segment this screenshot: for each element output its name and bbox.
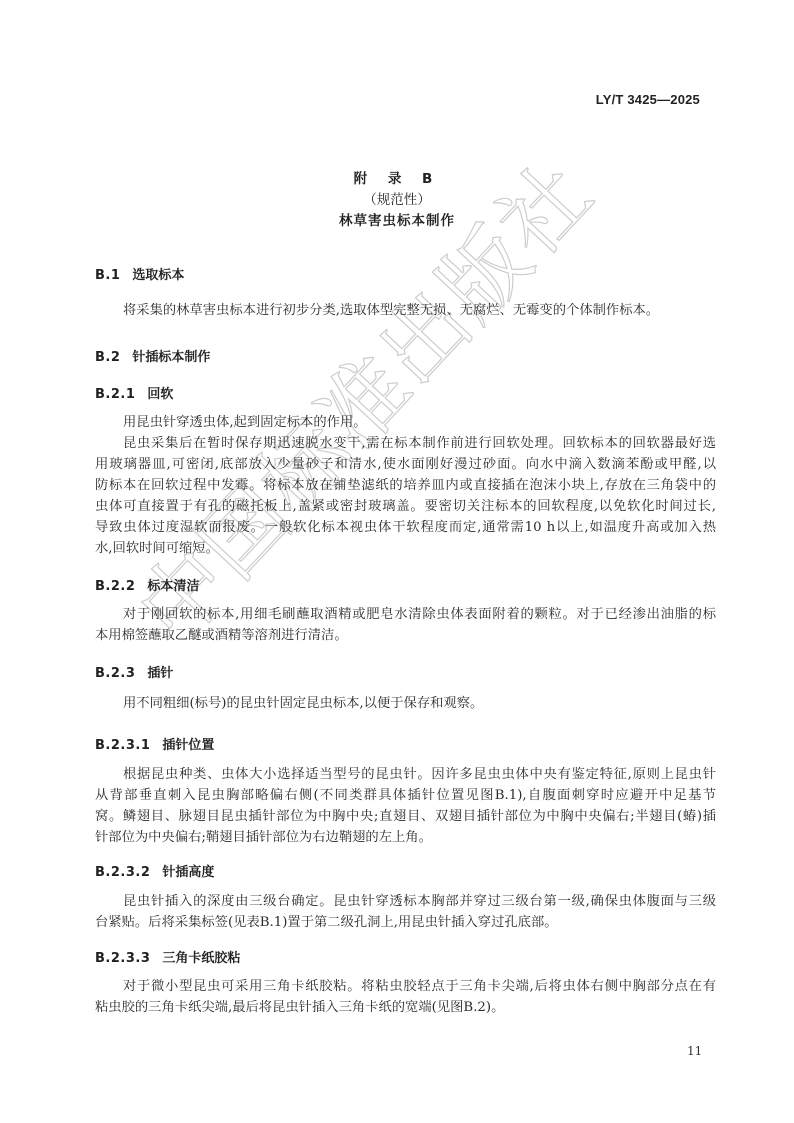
paragraph-line: 用昆虫针穿透虫体,起到固定标本的作用。: [123, 412, 716, 433]
heading-number: B.2.3.3: [95, 951, 150, 966]
paragraph-line: 用不同粗细(标号)的昆虫针固定昆虫标本,以便于保存和观察。: [123, 693, 716, 714]
paragraph-line: 根据昆虫种类、虫体大小选择适当型号的昆虫针。因许多昆虫虫体中央有鉴定特征,原则上…: [123, 764, 716, 785]
heading-title: 选取标本: [132, 268, 184, 283]
paragraph-line: 对于刚回软的标本,用细毛刷蘸取酒精或肥皂水清除虫体表面附着的颗粒。对于已经渗出油…: [123, 604, 716, 625]
paragraph-line: 针部位为中央偏右;鞘翅目插针部位为右边鞘翅的左上角。: [95, 827, 716, 848]
appendix-type: （规范性）: [0, 188, 794, 208]
heading-title: 针插高度: [162, 865, 214, 880]
document-page: 中国标准出版社 LY/T 3425—2025 附 录 B （规范性） 林草害虫标…: [0, 0, 794, 1123]
heading-title: 三角卡纸胶粘: [162, 951, 240, 966]
paragraph-line: 导致虫体过度湿软而报废。一般软化标本视虫体干软程度而定,通常需10 h以上,如温…: [95, 517, 716, 538]
page-number: 11: [687, 1044, 702, 1058]
heading-b23: B.2.3插针: [95, 662, 173, 681]
heading-b231: B.2.3.1插针位置: [95, 734, 214, 753]
paragraph-line: 昆虫针插入的深度由三级台确定。昆虫针穿透标本胸部并穿过三级台第一级,确保虫体腹面…: [123, 891, 716, 912]
heading-number: B.2.2: [95, 579, 135, 594]
heading-number: B.1: [95, 268, 120, 283]
heading-number: B.2.3: [95, 666, 135, 681]
heading-number: B.2: [95, 350, 120, 365]
paragraph-line: 防标本在回软过程中发霉。将标本放在铺垫滤纸的培养皿内或直接插在泡沫小块上,存放在…: [95, 475, 716, 496]
paragraph-line: 用玻璃器皿,可密闭,底部放入少量砂子和清水,使水面刚好漫过砂面。向水中滴入数滴苯…: [95, 454, 716, 475]
standard-code: LY/T 3425—2025: [596, 92, 700, 107]
paragraph-line: 本用棉签蘸取乙醚或酒精等溶剂进行清洁。: [95, 625, 716, 646]
paragraph-line: 水,回软时间可缩短。: [95, 538, 716, 559]
heading-b1: B.1选取标本: [95, 264, 184, 283]
heading-title: 回软: [147, 387, 173, 402]
appendix-name: 林草害虫标本制作: [0, 209, 794, 229]
paragraph-line: 对于微小型昆虫可采用三角卡纸胶粘。将粘虫胶轻点于三角卡尖端,后将虫体右侧中胸部分…: [123, 976, 716, 997]
paragraph-line: 昆虫采集后在暂时保存期迅速脱水变干,需在标本制作前进行回软处理。回软标本的回软器…: [123, 433, 716, 454]
paragraph-line: 窝。鳞翅目、脉翅目昆虫插针部位为中胸中央;直翅目、双翅目插针部位为中胸中央偏右;…: [95, 806, 716, 827]
heading-b232: B.2.3.2针插高度: [95, 861, 214, 880]
heading-title: 插针: [147, 666, 173, 681]
paragraph-line: 粘虫胶的三角卡纸尖端,最后将昆虫针插入三角卡纸的宽端(见图B.2)。: [95, 997, 716, 1018]
appendix-title: 附 录 B: [0, 167, 794, 187]
heading-title: 针插标本制作: [132, 350, 210, 365]
paragraph-line: 虫体可直接置于有孔的磁托板上,盖紧或密封玻璃盖。要密切关注标本的回软程度,以免软…: [95, 496, 716, 517]
heading-title: 插针位置: [162, 738, 214, 753]
heading-b21: B.2.1回软: [95, 383, 173, 402]
paragraph-line: 将采集的林草害虫标本进行初步分类,选取体型完整无损、无腐烂、无霉变的个体制作标本…: [123, 300, 716, 321]
heading-b2: B.2针插标本制作: [95, 346, 210, 365]
heading-b233: B.2.3.3三角卡纸胶粘: [95, 947, 240, 966]
heading-b22: B.2.2标本清洁: [95, 575, 199, 594]
paragraph-line: 台紧贴。后将采集标签(见表B.1)置于第二级孔洞上,用昆虫针插入穿过孔底部。: [95, 912, 716, 933]
paragraph-line: 从背部垂直刺入昆虫胸部略偏右侧(不同类群具体插针位置见图B.1),自腹面刺穿时应…: [95, 785, 716, 806]
heading-number: B.2.3.1: [95, 738, 150, 753]
heading-number: B.2.3.2: [95, 865, 150, 880]
heading-number: B.2.1: [95, 387, 135, 402]
heading-title: 标本清洁: [147, 579, 199, 594]
